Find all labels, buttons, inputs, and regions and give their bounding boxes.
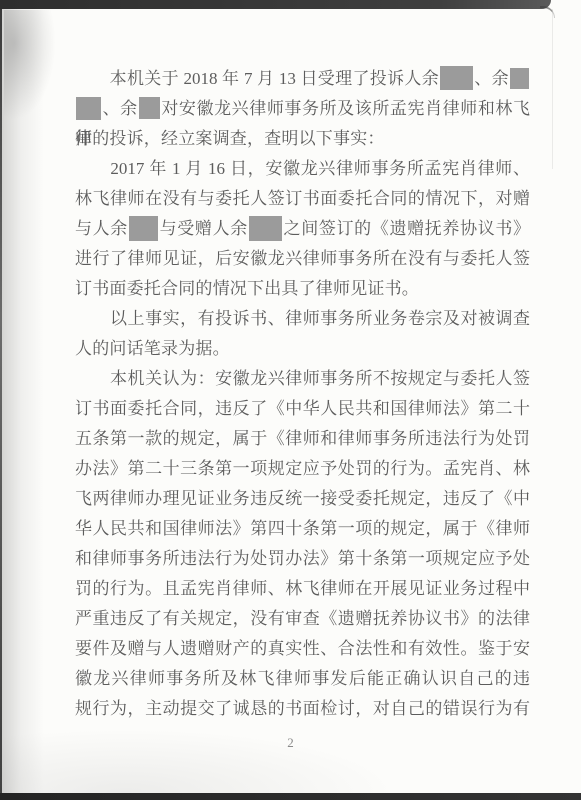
redaction-box — [510, 68, 529, 89]
text-line: 办法》第二十三条第一项规定应予处罚的行为。孟宪肖、林 — [75, 454, 530, 484]
text-run: 、余 — [474, 69, 509, 88]
text-run: 严重违反了有关规定，没有审查《遗赠抚养协议书》的法律 — [75, 609, 530, 628]
text-run: 2017 年 1 月 16 日，安徽龙兴律师事务所孟宪肖律师、 — [75, 159, 530, 178]
text-run: 本机关认为：安徽龙兴律师事务所不按规定与委托人签 — [75, 369, 530, 388]
text-line: 华人民共和国律师法》第四十条第一项的规定，属于《律师 — [75, 514, 530, 544]
text-line: 五条第一款的规定，属于《律师和律师事务所违法行为处罚 — [75, 424, 530, 454]
text-line: 2017 年 1 月 16 日，安徽龙兴律师事务所孟宪肖律师、 — [75, 154, 530, 184]
text-run: 以上事实，有投诉书、律师事务所业务卷宗及对被调查 — [75, 309, 530, 328]
text-line: 规行为，主动提交了诚恳的书面检讨，对自己的错误行为有 — [75, 694, 530, 724]
text-line: 要件及赠与人遗赠财产的真实性、合法性和有效性。鉴于安 — [75, 634, 530, 664]
text-line: 罚的行为。且孟宪肖律师、林飞律师在开展见证业务过程中 — [75, 574, 530, 604]
text-run: 要件及赠与人遗赠财产的真实性、合法性和有效性。鉴于安 — [75, 639, 530, 658]
text-line: 本机关于 2018 年 7 月 13 日受理了投诉人余、余 — [75, 64, 530, 94]
text-run: 规行为，主动提交了诚恳的书面检讨，对自己的错误行为有 — [75, 699, 530, 718]
text-run: 和律师事务所违法行为处罚办法》第十条第一项规定应予处 — [75, 549, 530, 568]
text-run: 罚的行为。且孟宪肖律师、林飞律师在开展见证业务过程中 — [75, 579, 530, 598]
text-run: 林飞律师在没有与委托人签订书面委托合同的情况下，对赠 — [75, 189, 530, 208]
redaction-box — [76, 97, 101, 120]
text-line: 订书面委托合同的情况下出具了律师见证书。 — [75, 274, 530, 304]
text-run: 与人余 — [75, 219, 128, 238]
text-run: 华人民共和国律师法》第四十条第一项的规定，属于《律师 — [75, 519, 530, 538]
text-line: 林飞律师在没有与委托人签订书面委托合同的情况下，对赠 — [75, 184, 530, 214]
page-right-edge — [552, 9, 553, 169]
text-run: 办法》第二十三条第一项规定应予处罚的行为。孟宪肖、林 — [75, 459, 530, 478]
text-line: 严重违反了有关规定，没有审查《遗赠抚养协议书》的法律 — [75, 604, 530, 634]
redaction-box — [249, 216, 282, 241]
text-line: 徽龙兴律师事务所及林飞律师事发后能正确认识自己的违 — [75, 664, 530, 694]
scan-shadow-wave — [0, 723, 420, 793]
text-line: 订书面委托合同，违反了《中华人民共和国律师法》第二十 — [75, 394, 530, 424]
text-line: 与人余与受赠人余之间签订的《遗赠抚养协议书》 — [75, 214, 530, 244]
redaction-box — [440, 66, 473, 90]
page-number: 2 — [0, 735, 581, 751]
text-run: 订书面委托合同的情况下出具了律师见证书。 — [75, 279, 419, 298]
text-run: 订书面委托合同，违反了《中华人民共和国律师法》第二十 — [75, 399, 530, 418]
text-run: 五条第一款的规定，属于《律师和律师事务所违法行为处罚 — [75, 429, 530, 448]
text-line: 和律师事务所违法行为处罚办法》第十条第一项规定应予处 — [75, 544, 530, 574]
scanner-edge-bottom — [0, 793, 581, 800]
redaction-box — [129, 216, 158, 241]
text-line: 飞两律师办理见证业务违反统一接受委托规定，违反了《中 — [75, 484, 530, 514]
text-run: 与受赠人余 — [159, 219, 248, 238]
text-line: 以上事实，有投诉书、律师事务所业务卷宗及对被调查 — [75, 304, 530, 334]
text-run: 本机关于 2018 年 7 月 13 日受理了投诉人余 — [75, 69, 439, 88]
text-run: 师的投诉，经立案调查，查明以下事实： — [75, 129, 385, 148]
text-line: 人的问话笔录为据。 — [75, 334, 530, 364]
page-left-shadow — [2, 9, 44, 793]
text-line: 进行了律师见证，后安徽龙兴律师事务所在没有与委托人签 — [75, 244, 530, 274]
text-run: 进行了律师见证，后安徽龙兴律师事务所在没有与委托人签 — [75, 249, 530, 268]
text-line: 、余对安徽龙兴律师事务所及该所孟宪肖律师和林飞律 — [75, 94, 530, 124]
redaction-box — [139, 97, 160, 119]
text-run: 人的问话笔录为据。 — [75, 339, 230, 358]
text-run: 徽龙兴律师事务所及林飞律师事发后能正确认识自己的违 — [75, 669, 530, 688]
scan-shadow-blot — [4, 10, 56, 120]
text-line: 本机关认为：安徽龙兴律师事务所不按规定与委托人签 — [75, 364, 530, 394]
text-line: 师的投诉，经立案调查，查明以下事实： — [75, 124, 530, 154]
text-run: 、余 — [102, 99, 138, 118]
scanner-edge-top — [0, 0, 551, 9]
text-run: 之间签订的《遗赠抚养协议书》 — [283, 219, 530, 238]
scanned-page: 本机关于 2018 年 7 月 13 日受理了投诉人余、余、余对安徽龙兴律师事务… — [0, 0, 581, 800]
document-lines: 本机关于 2018 年 7 月 13 日受理了投诉人余、余、余对安徽龙兴律师事务… — [75, 64, 530, 724]
text-run: 飞两律师办理见证业务违反统一接受委托规定，违反了《中 — [75, 489, 530, 508]
